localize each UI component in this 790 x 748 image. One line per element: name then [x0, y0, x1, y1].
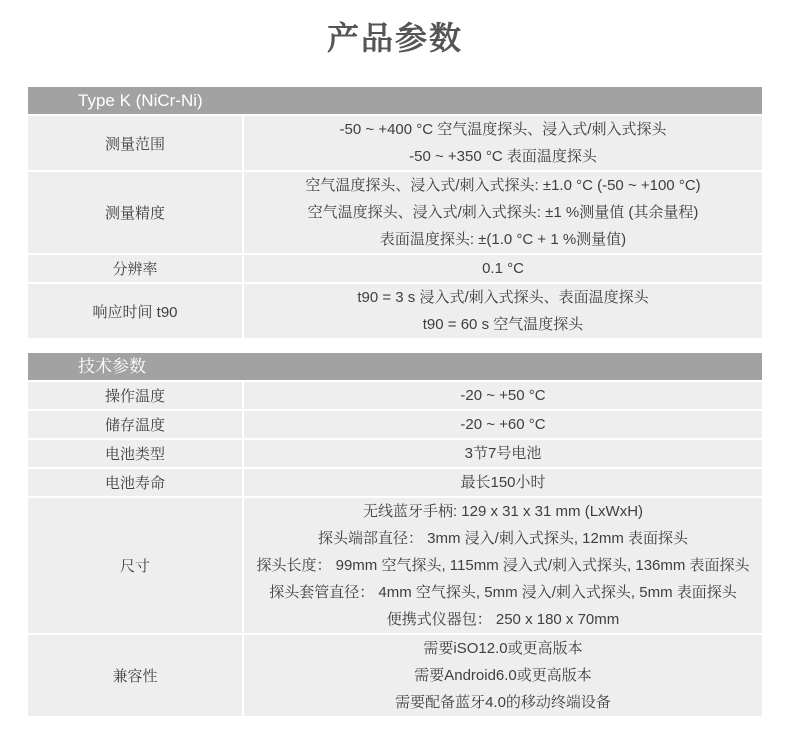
row-label: 响应时间 t90 [28, 284, 242, 338]
value-line: 需要配备蓝牙4.0的移动终端设备 [250, 689, 756, 716]
table-row: 响应时间 t90t90 = 3 s 浸入式/刺入式探头、表面温度探头t90 = … [28, 284, 762, 338]
value-line: 需要Android6.0或更高版本 [250, 662, 756, 689]
table-row: 测量范围-50 ~ +400 °C 空气温度探头、浸入式/刺入式探头-50 ~ … [28, 116, 762, 170]
row-value: -20 ~ +50 °C [244, 382, 762, 409]
row-label: 操作温度 [28, 382, 242, 409]
value-line: -20 ~ +60 °C [250, 411, 756, 438]
row-value: 需要iSO12.0或更高版本需要Android6.0或更高版本需要配备蓝牙4.0… [244, 635, 762, 716]
value-line: 探头长度： 99mm 空气探头, 115mm 浸入式/刺入式探头, 136mm … [250, 552, 756, 579]
value-line: 探头套管直径： 4mm 空气探头, 5mm 浸入/刺入式探头, 5mm 表面探头 [250, 579, 756, 606]
value-line: 空气温度探头、浸入式/刺入式探头: ±1.0 °C (-50 ~ +100 °C… [250, 172, 756, 199]
row-label: 尺寸 [28, 498, 242, 633]
table-row: 电池寿命最长150小时 [28, 469, 762, 496]
table-row: 储存温度-20 ~ +60 °C [28, 411, 762, 438]
value-line: 空气温度探头、浸入式/刺入式探头: ±1 %测量值 (其余量程) [250, 199, 756, 226]
value-line: t90 = 3 s 浸入式/刺入式探头、表面温度探头 [250, 284, 756, 311]
value-line: 最长150小时 [250, 469, 756, 496]
value-line: -50 ~ +350 °C 表面温度探头 [250, 143, 756, 170]
value-line: 无线蓝牙手柄: 129 x 31 x 31 mm (LxWxH) [250, 498, 756, 525]
table-header: 技术参数 [28, 353, 762, 380]
table-row: 测量精度空气温度探头、浸入式/刺入式探头: ±1.0 °C (-50 ~ +10… [28, 172, 762, 253]
value-line: -20 ~ +50 °C [250, 382, 756, 409]
table-header: Type K (NiCr-Ni) [28, 87, 762, 114]
row-value: 0.1 °C [244, 255, 762, 282]
spec-table-1: 技术参数操作温度-20 ~ +50 °C储存温度-20 ~ +60 °C电池类型… [28, 353, 762, 716]
row-value: 最长150小时 [244, 469, 762, 496]
value-line: 需要iSO12.0或更高版本 [250, 635, 756, 662]
value-line: 探头端部直径： 3mm 浸入/刺入式探头, 12mm 表面探头 [250, 525, 756, 552]
row-label: 储存温度 [28, 411, 242, 438]
row-label: 测量精度 [28, 172, 242, 253]
row-value: -20 ~ +60 °C [244, 411, 762, 438]
row-label: 测量范围 [28, 116, 242, 170]
row-label: 电池寿命 [28, 469, 242, 496]
spec-tables: Type K (NiCr-Ni)测量范围-50 ~ +400 °C 空气温度探头… [28, 87, 762, 716]
spec-table-0: Type K (NiCr-Ni)测量范围-50 ~ +400 °C 空气温度探头… [28, 87, 762, 338]
table-row: 电池类型3节7号电池 [28, 440, 762, 467]
value-line: t90 = 60 s 空气温度探头 [250, 311, 756, 338]
row-value: 无线蓝牙手柄: 129 x 31 x 31 mm (LxWxH)探头端部直径： … [244, 498, 762, 633]
table-row: 操作温度-20 ~ +50 °C [28, 382, 762, 409]
page-title: 产品参数 [0, 0, 790, 73]
table-row: 尺寸无线蓝牙手柄: 129 x 31 x 31 mm (LxWxH)探头端部直径… [28, 498, 762, 633]
table-row: 兼容性需要iSO12.0或更高版本需要Android6.0或更高版本需要配备蓝牙… [28, 635, 762, 716]
row-value: -50 ~ +400 °C 空气温度探头、浸入式/刺入式探头-50 ~ +350… [244, 116, 762, 170]
value-line: 便携式仪器包： 250 x 180 x 70mm [250, 606, 756, 633]
table-row: 分辨率0.1 °C [28, 255, 762, 282]
row-label: 电池类型 [28, 440, 242, 467]
value-line: 0.1 °C [250, 255, 756, 282]
value-line: -50 ~ +400 °C 空气温度探头、浸入式/刺入式探头 [250, 116, 756, 143]
value-line: 表面温度探头: ±(1.0 °C + 1 %测量值) [250, 226, 756, 253]
row-label: 分辨率 [28, 255, 242, 282]
row-value: 空气温度探头、浸入式/刺入式探头: ±1.0 °C (-50 ~ +100 °C… [244, 172, 762, 253]
value-line: 3节7号电池 [250, 440, 756, 467]
row-value: t90 = 3 s 浸入式/刺入式探头、表面温度探头t90 = 60 s 空气温… [244, 284, 762, 338]
row-label: 兼容性 [28, 635, 242, 716]
row-value: 3节7号电池 [244, 440, 762, 467]
